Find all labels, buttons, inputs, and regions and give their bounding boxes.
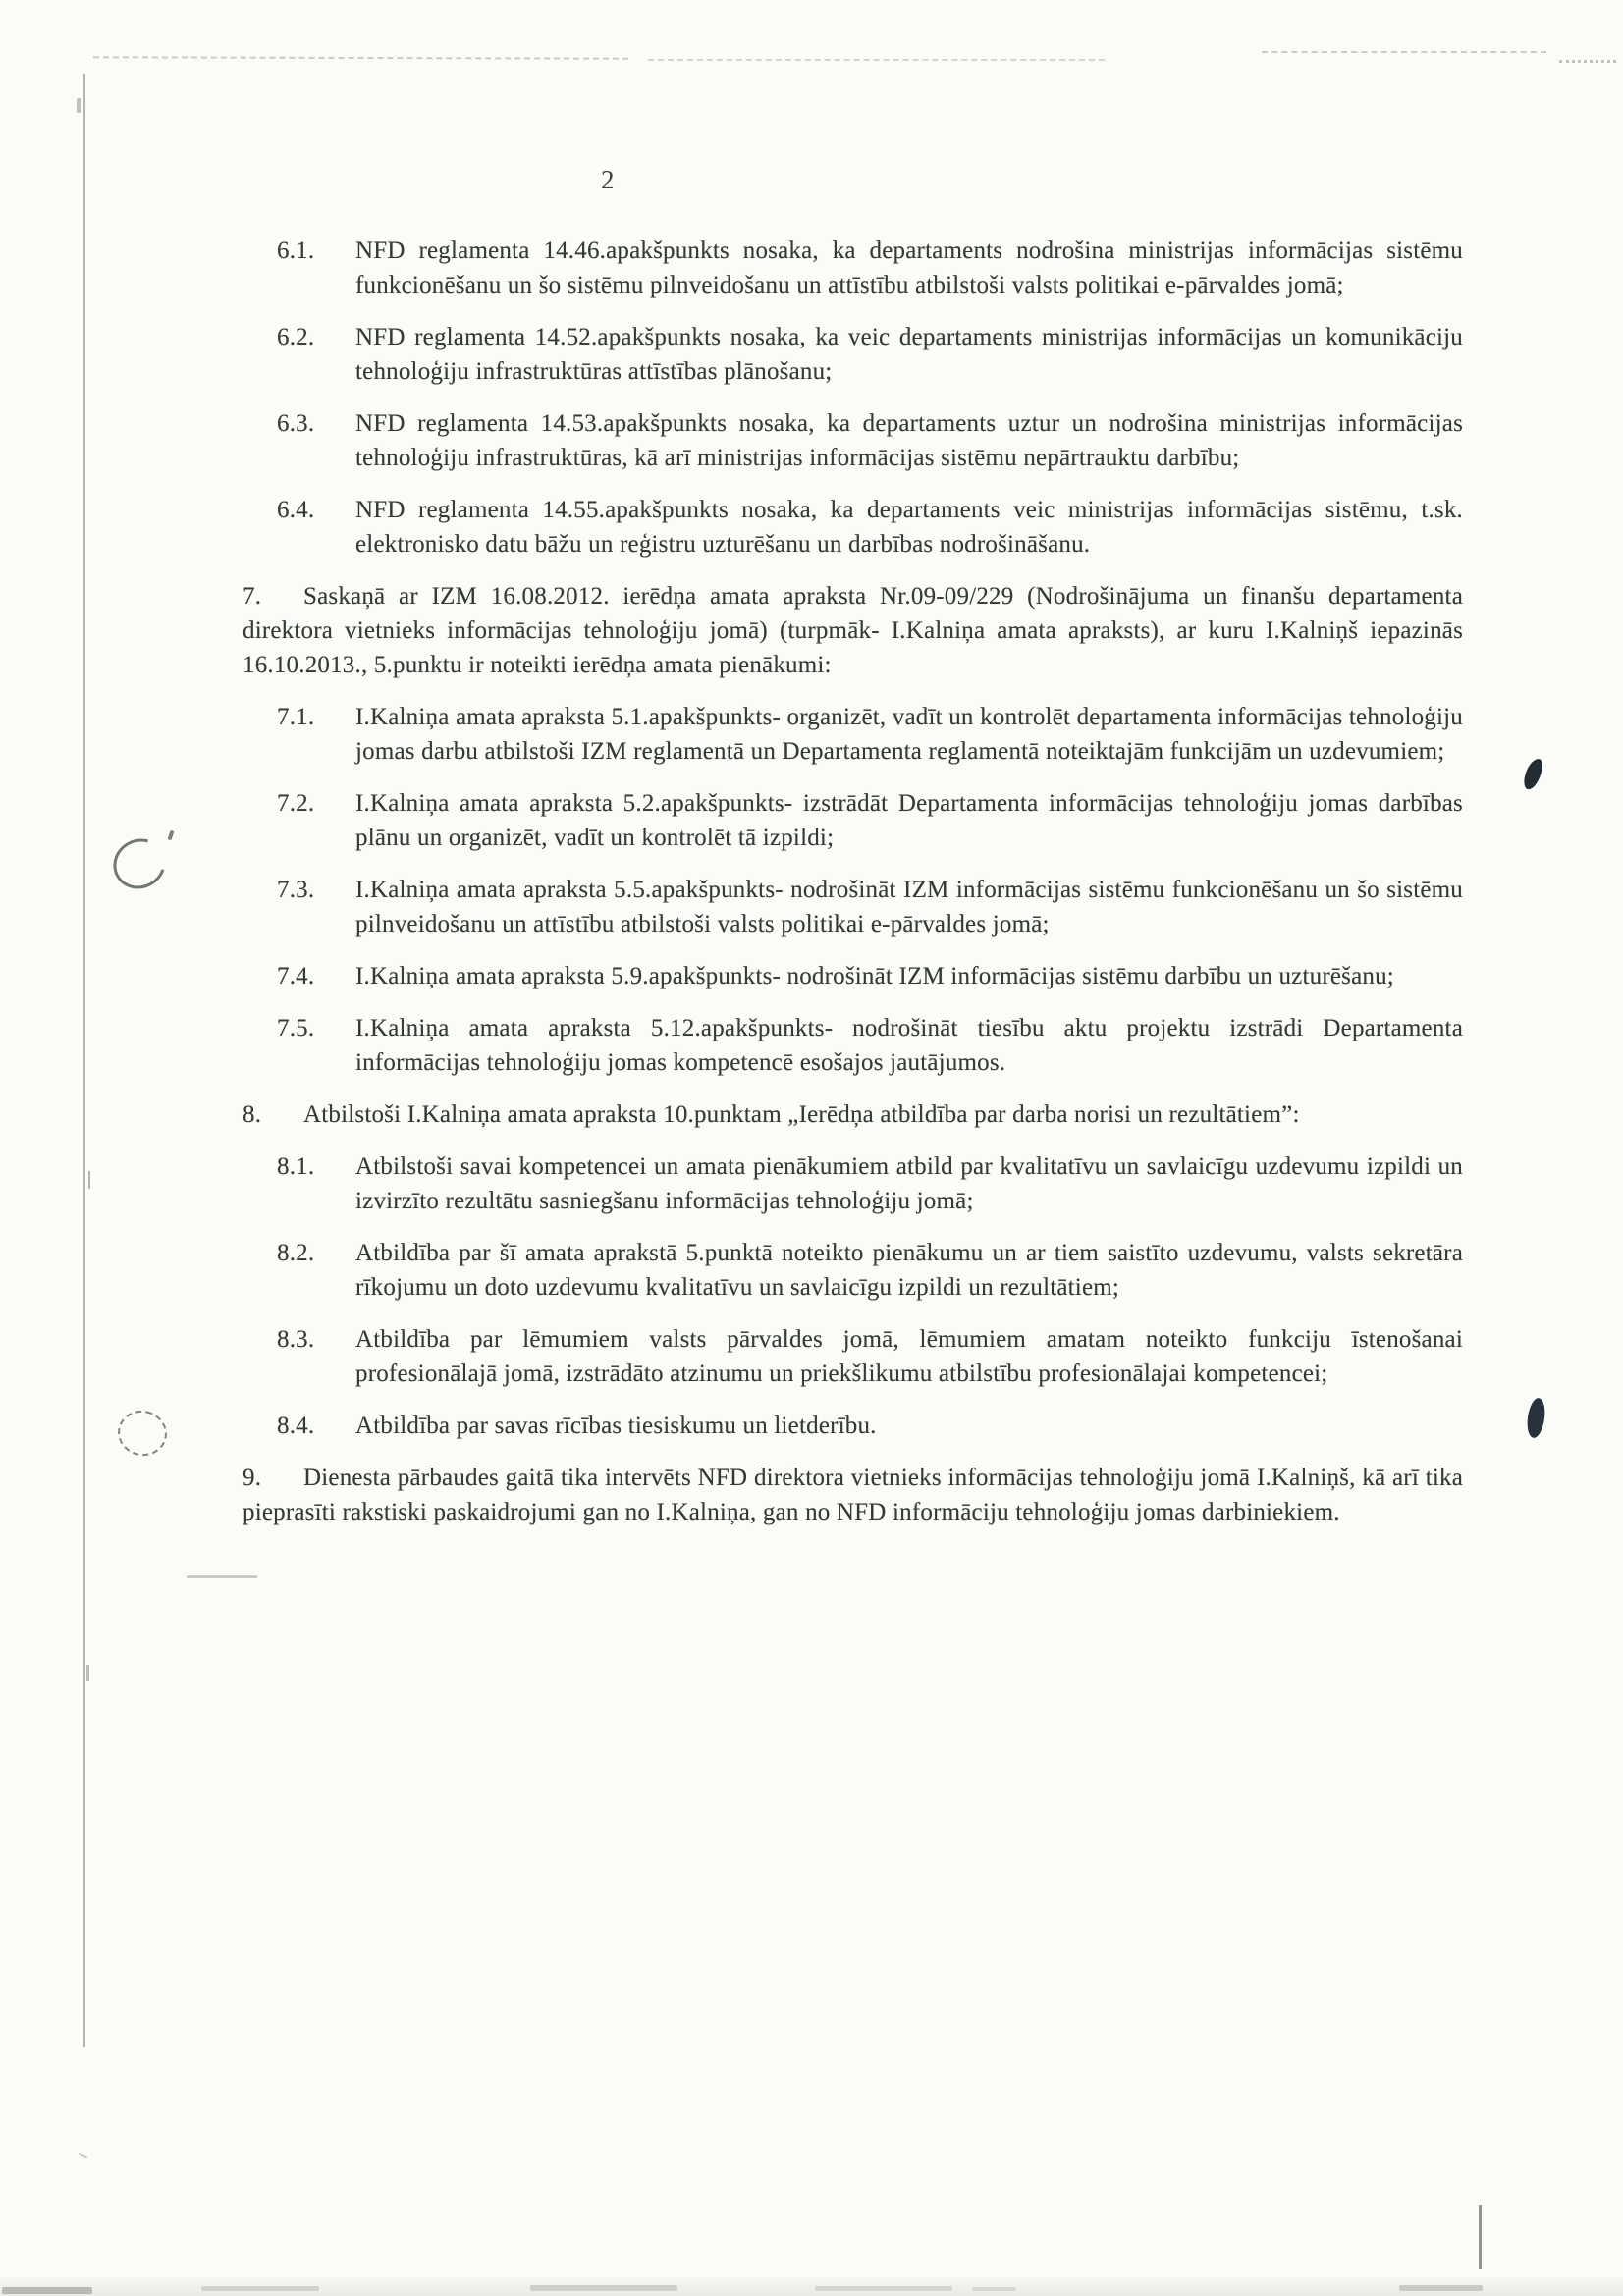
scan-left-margin-mark bbox=[79, 2145, 91, 2159]
paragraph-text: NFD reglamenta 14.46.apakšpunkts nosaka,… bbox=[355, 238, 1463, 298]
paragraph-text: Atbildība par lēmumiem valsts pārvaldes … bbox=[355, 1326, 1463, 1387]
paragraph: 8.3.Atbildība par lēmumiem valsts pārval… bbox=[277, 1322, 1463, 1391]
paragraph-number: 7. bbox=[243, 579, 303, 614]
paragraph-text: I.Kalniņa amata apraksta 5.2.apakšpunkts… bbox=[355, 790, 1463, 851]
paragraph-number: 9. bbox=[243, 1461, 303, 1495]
paragraph-number: 8. bbox=[243, 1097, 303, 1132]
scan-top-dotted-mark bbox=[1559, 60, 1616, 63]
scan-top-dashed-line bbox=[648, 59, 1105, 61]
paragraph: 8.Atbilstoši I.Kalniņa amata apraksta 10… bbox=[243, 1097, 1463, 1132]
scan-top-dashed-line bbox=[93, 56, 628, 59]
paragraph-text: Atbilstoši savai kompetencei un amata pi… bbox=[355, 1153, 1463, 1214]
paragraph-text: NFD reglamenta 14.55.apakšpunkts nosaka,… bbox=[355, 497, 1463, 558]
paragraph-text: Atbildība par šī amata aprakstā 5.punktā… bbox=[355, 1240, 1463, 1301]
scan-smudge bbox=[972, 2287, 1016, 2291]
scan-smudge bbox=[2, 2287, 92, 2294]
paragraph-text: NFD reglamenta 14.53.apakšpunkts nosaka,… bbox=[355, 410, 1463, 471]
paragraph: 7.2.I.Kalniņa amata apraksta 5.2.apakšpu… bbox=[277, 786, 1463, 855]
paragraph-number: 7.4. bbox=[277, 959, 355, 993]
paragraph-number: 7.3. bbox=[277, 873, 355, 907]
paragraph: 7.5.I.Kalniņa amata apraksta 5.12.apakšp… bbox=[277, 1011, 1463, 1080]
paragraph: 7.Saskaņā ar IZM 16.08.2012. ierēdņa ama… bbox=[243, 579, 1463, 682]
paragraph-text: NFD reglamenta 14.52.apakšpunkts nosaka,… bbox=[355, 324, 1463, 385]
document-body: 6.1.NFD reglamenta 14.46.apakšpunkts nos… bbox=[0, 234, 1623, 1547]
paragraph-number: 8.3. bbox=[277, 1322, 355, 1357]
paragraph-number: 7.1. bbox=[277, 700, 355, 734]
page-number: 2 bbox=[601, 165, 615, 195]
paragraph-text: I.Kalniņa amata apraksta 5.1.apakšpunkts… bbox=[355, 704, 1463, 765]
paragraph: 6.3.NFD reglamenta 14.53.apakšpunkts nos… bbox=[277, 406, 1463, 475]
paragraph: 7.1.I.Kalniņa amata apraksta 5.1.apakšpu… bbox=[277, 700, 1463, 769]
paragraph: 8.1.Atbilstoši savai kompetencei un amat… bbox=[277, 1149, 1463, 1218]
paragraph: 7.4.I.Kalniņa amata apraksta 5.9.apakšpu… bbox=[277, 959, 1463, 993]
paragraph-number: 6.2. bbox=[277, 320, 355, 354]
paragraph-text: Atbildība par savas rīcības tiesiskumu u… bbox=[355, 1413, 877, 1439]
paragraph-number: 7.2. bbox=[277, 786, 355, 821]
paragraph: 9.Dienesta pārbaudes gaitā tika intervēt… bbox=[243, 1461, 1463, 1529]
paragraph-text: I.Kalniņa amata apraksta 5.5.apakšpunkts… bbox=[355, 877, 1463, 937]
paragraph: 6.1.NFD reglamenta 14.46.apakšpunkts nos… bbox=[277, 234, 1463, 302]
paragraph: 8.4.Atbildība par savas rīcības tiesisku… bbox=[277, 1409, 1463, 1443]
document-page: 2 6.1.NFD reglamenta 14.46.apakšpunkts n… bbox=[0, 0, 1623, 2296]
paragraph: 7.3.I.Kalniņa amata apraksta 5.5.apakšpu… bbox=[277, 873, 1463, 941]
scan-smudge bbox=[201, 2286, 319, 2291]
scan-smudge bbox=[815, 2286, 952, 2291]
paragraph-number: 8.4. bbox=[277, 1409, 355, 1443]
scan-smudge bbox=[1399, 2285, 1483, 2291]
paragraph: 6.4.NFD reglamenta 14.55.apakšpunkts nos… bbox=[277, 493, 1463, 561]
scan-left-margin-mark bbox=[86, 1665, 89, 1681]
scan-bottom-edge-band bbox=[0, 2277, 1623, 2296]
paragraph: 8.2.Atbildība par šī amata aprakstā 5.pu… bbox=[277, 1236, 1463, 1305]
paragraph-number: 6.1. bbox=[277, 234, 355, 268]
paragraph-text: Atbilstoši I.Kalniņa amata apraksta 10.p… bbox=[303, 1101, 1300, 1128]
paragraph-number: 8.2. bbox=[277, 1236, 355, 1270]
scan-left-margin-mark bbox=[77, 98, 81, 113]
paragraph-number: 7.5. bbox=[277, 1011, 355, 1045]
scan-top-dashed-line bbox=[1262, 51, 1546, 53]
paragraph-number: 6.4. bbox=[277, 493, 355, 527]
scan-smudge bbox=[530, 2285, 677, 2291]
paragraph-number: 6.3. bbox=[277, 406, 355, 441]
paragraph-text: I.Kalniņa amata apraksta 5.9.apakšpunkts… bbox=[355, 963, 1394, 989]
paragraph-number: 8.1. bbox=[277, 1149, 355, 1184]
scan-stray-dash bbox=[187, 1575, 257, 1578]
paragraph-text: Dienesta pārbaudes gaitā tika intervēts … bbox=[243, 1465, 1463, 1525]
scan-right-edge-mark bbox=[1479, 2205, 1482, 2269]
paragraph: 6.2.NFD reglamenta 14.52.apakšpunkts nos… bbox=[277, 320, 1463, 389]
paragraph-text: Saskaņā ar IZM 16.08.2012. ierēdņa amata… bbox=[243, 583, 1463, 678]
paragraph-text: I.Kalniņa amata apraksta 5.12.apakšpunkt… bbox=[355, 1015, 1463, 1076]
